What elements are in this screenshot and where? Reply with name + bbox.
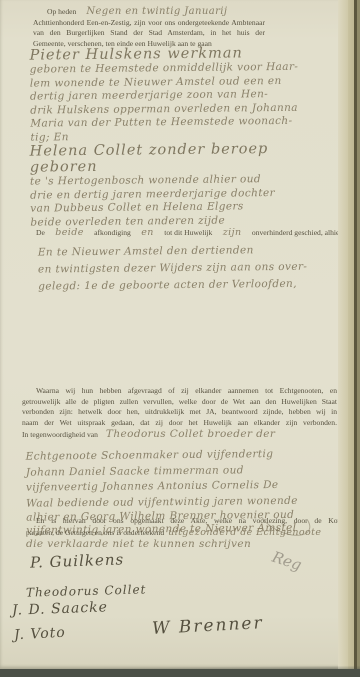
- bride-entry: Helena Collet zonder beroep geboren te '…: [30, 140, 331, 229]
- intro-line: van den Burgerlijken Stand der Stad Amst…: [33, 28, 265, 39]
- banns-printed: onverhinderd geschied, alhier: [252, 228, 342, 239]
- banns-printed: De: [36, 228, 45, 239]
- signature-witness-3: J. Voto: [14, 625, 67, 644]
- closing-printed: paranten, de Getuigen en ons is ondertee…: [26, 528, 164, 539]
- vows-line: verbonden zijn: hetwelk door hen, uitdru…: [22, 407, 337, 418]
- page-bottom-shadow: [0, 665, 360, 677]
- intro-prefix: Op heden: [47, 7, 76, 18]
- intro-line-date: Op heden Negen en twintig Januarij: [33, 6, 265, 18]
- vows-paragraph: Waarna wij hun hebben afgevraagd of zij …: [22, 386, 337, 441]
- groom-entry: Pieter Hulskens werkman geboren te Heems…: [30, 44, 331, 144]
- bride-name-line: Helena Collet zonder beroep geboren: [30, 140, 330, 175]
- vows-line: naam der Wet uitspraak gedaan, dat zij d…: [22, 418, 337, 429]
- banns-line: De beide afkondiging en tot dit Huwelijk…: [36, 227, 342, 239]
- vows-line: Waarna wij hun hebben afgevraagd of zij …: [22, 386, 337, 397]
- vows-witness-intro: In tegenwoordigheid van Theodorus Collet…: [22, 428, 337, 441]
- banns-printed: tot dit Huwelijk: [164, 228, 212, 239]
- banns-handwritten-block: En te Nieuwer Amstel den dertienden en t…: [38, 241, 329, 295]
- scanned-marriage-record: Op heden Negen en twintig Januarij Achtt…: [0, 0, 360, 677]
- witness-hw-inline: Theodorus Collet broeder der: [106, 428, 275, 440]
- banns-handwritten: zijn: [223, 227, 242, 238]
- banns-handwritten: en: [141, 227, 154, 238]
- vows-line: getrouwelijk alle de pligten zullen verv…: [22, 397, 337, 408]
- vows-prefix: In tegenwoordigheid van: [22, 430, 98, 441]
- page-edge-shading: [338, 0, 348, 669]
- intro-line: Achttienhonderd Een-en-Zestig, zijn voor…: [33, 18, 265, 29]
- banns-handwritten: beide: [55, 227, 83, 238]
- closing-hw-line: die verklaarde niet te kunnen schrijven: [26, 538, 346, 551]
- intro-paragraph: Op heden Negen en twintig Januarij Achtt…: [33, 6, 265, 49]
- banns-printed: afkondiging: [94, 228, 131, 239]
- handwritten-date: Negen en twintig Januarij: [86, 6, 227, 17]
- banns-hw-line: gelegd: 1e de geboorte acten der Verloof…: [38, 275, 328, 295]
- signature-witness-2: J. D. Saacke: [12, 599, 108, 618]
- signature-groom: P. Guilkens: [30, 550, 125, 571]
